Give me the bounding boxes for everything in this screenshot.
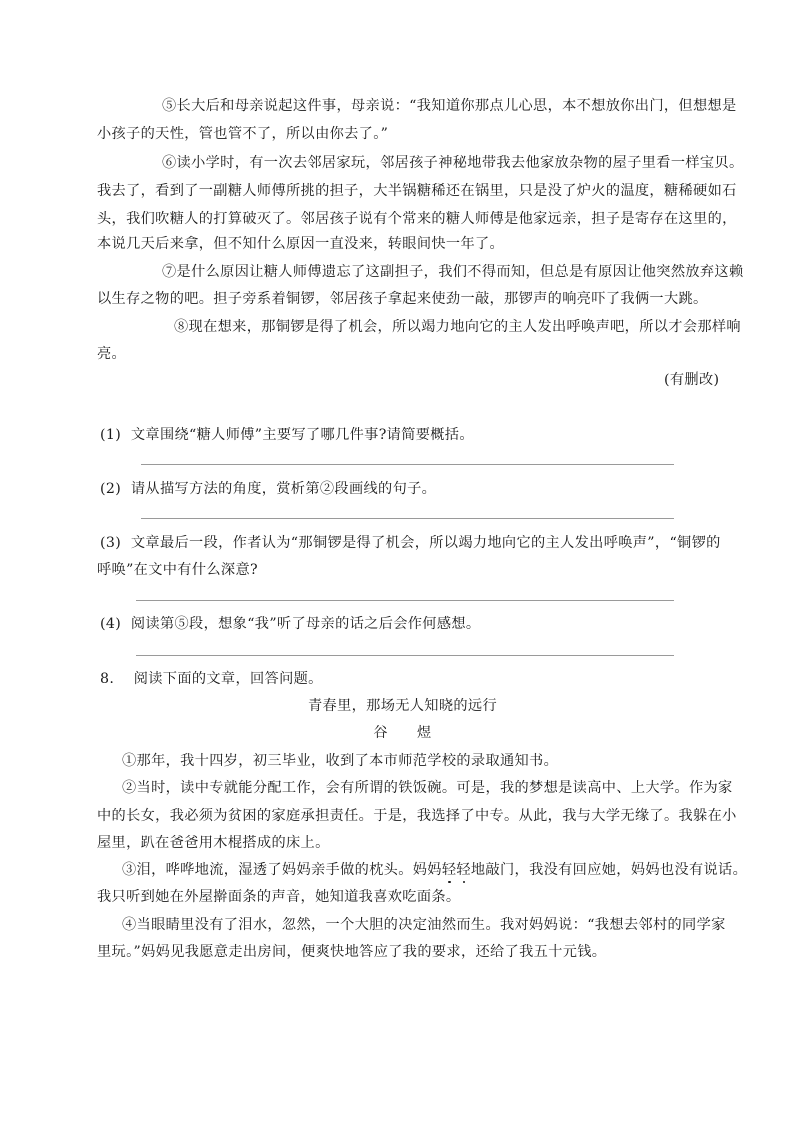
paragraph-7-line-1: ⑦是什么原因让糖人师傅遗忘了这副担子，我们不得而知，但总是有原因让他突然放弃这赖 [162,262,793,282]
emphasized-char: 轻 [456,862,471,878]
paragraph-6-line-3: 头，我们吹糖人的打算破灭了。邻居孩子说有个常来的糖人师傅是他家远亲，担子是寄存在… [97,209,793,229]
answer-line-2[interactable] [141,518,674,519]
b-paragraph-4-line-2: 里玩。”妈妈见我愿意走出房间，便爽快地答应了我的要求，还给了我五十元钱。 [97,942,793,962]
paragraph-5-line-2: 小孩子的天性，管也管不了，所以由你去了。” [97,124,793,144]
article-title: 青春里，那场无人知晓的远行 [0,696,793,716]
paragraph-7-line-2: 以生存之物的吧。担子旁系着铜锣，邻居孩子拿起来使劲一敲，那锣声的响亮吓了我俩一大… [97,289,793,309]
article-author: 谷 煜 [0,723,793,743]
question-number: (1) [100,427,121,443]
question-1: (1) 文章围绕“糖人师傅”主要写了哪几件事?请简要概括。 [100,425,793,445]
question-text: 阅读第⑤段，想象“我”听了母亲的话之后会作何感想。 [131,616,481,632]
question-3-line-1: (3) 文章最后一段，作者认为“那铜锣是得了机会，所以竭力地向它的主人发出呼唤声… [100,533,793,553]
b-paragraph-2-line-2: 中的长女，我必须为贫困的家庭承担责任。于是，我选择了中专。从此，我与大学无缘了。… [97,806,793,826]
question-4: (4) 阅读第⑤段，想象“我”听了母亲的话之后会作何感想。 [100,614,793,634]
b-paragraph-3-line-1: ③泪，哗哗地流，湿透了妈妈亲手做的枕头。妈妈轻轻地敲门，我没有回应她，妈妈也没有… [122,860,793,880]
question-text: 文章围绕“糖人师傅”主要写了哪几件事?请简要概括。 [131,427,474,443]
question-3-line-2: 呼唤”在文中有什么深意? [97,560,793,580]
b-paragraph-1: ①那年，我十四岁，初三毕业，收到了本市师范学校的录取通知书。 [122,751,793,771]
instruction-text: 阅读下面的文章，回答问题。 [134,671,323,687]
question-number: (4) [100,616,121,632]
source-note: (有删改) [664,370,719,390]
answer-line-4[interactable] [136,655,674,656]
b-paragraph-2-line-3: 屋里，趴在爸爸用木棍搭成的床上。 [97,833,793,853]
question-number: (3) [100,535,121,551]
paragraph-6-line-4: 本说几天后来拿，但不知什么原因一直没来，转眼间快一年了。 [97,234,793,254]
paragraph-6-line-2: 我去了，看到了一副糖人师傅所挑的担子，大半锅糖稀还在锅里，只是没了炉火的温度，糖… [97,181,793,201]
question-number: (2) [100,481,121,497]
text-segment: ③泪，哗哗地流，湿透了妈妈亲手做的枕头。妈妈 [122,862,442,878]
question-text: 文章最后一段，作者认为“那铜锣是得了机会，所以竭力地向它的主人发出呼唤声”，“铜… [131,535,721,551]
item-number: 8. [100,671,114,687]
emphasized-char: 轻 [442,862,457,878]
paragraph-6-line-1: ⑥读小学时，有一次去邻居家玩，邻居孩子神秘地带我去他家放杂物的屋子里看一样宝贝。 [162,153,793,173]
answer-line-1[interactable] [141,464,674,465]
question-2: (2) 请从描写方法的角度，赏析第②段画线的句子。 [100,479,793,499]
item-8-instruction: 8. 阅读下面的文章，回答问题。 [100,669,793,689]
paragraph-5-line-1: ⑤长大后和母亲说起这件事，母亲说：“我知道你那点儿心思，本不想放你出门，但想想是 [162,96,793,116]
b-paragraph-3-line-2: 我只听到她在外屋擀面条的声音，她知道我喜欢吃面条。 [97,887,793,907]
paragraph-8-line-1: ⑧现在想来，那铜锣是得了机会，所以竭力地向它的主人发出呼唤声吧，所以才会那样响 [174,317,793,337]
question-text: 请从描写方法的角度，赏析第②段画线的句子。 [131,481,436,497]
b-paragraph-4-line-1: ④当眼睛里没有了泪水，忽然，一个大胆的决定油然而生。我对妈妈说：“我想去邻村的同… [122,915,793,935]
answer-line-3[interactable] [136,600,674,601]
paragraph-8-line-2: 亮。 [97,344,793,364]
b-paragraph-2-line-1: ②当时，读中专就能分配工作，会有所谓的铁饭碗。可是，我的梦想是读高中、上大学。作… [122,778,793,798]
text-segment: 地敲门，我没有回应她，妈妈也没有说话。 [471,862,747,878]
